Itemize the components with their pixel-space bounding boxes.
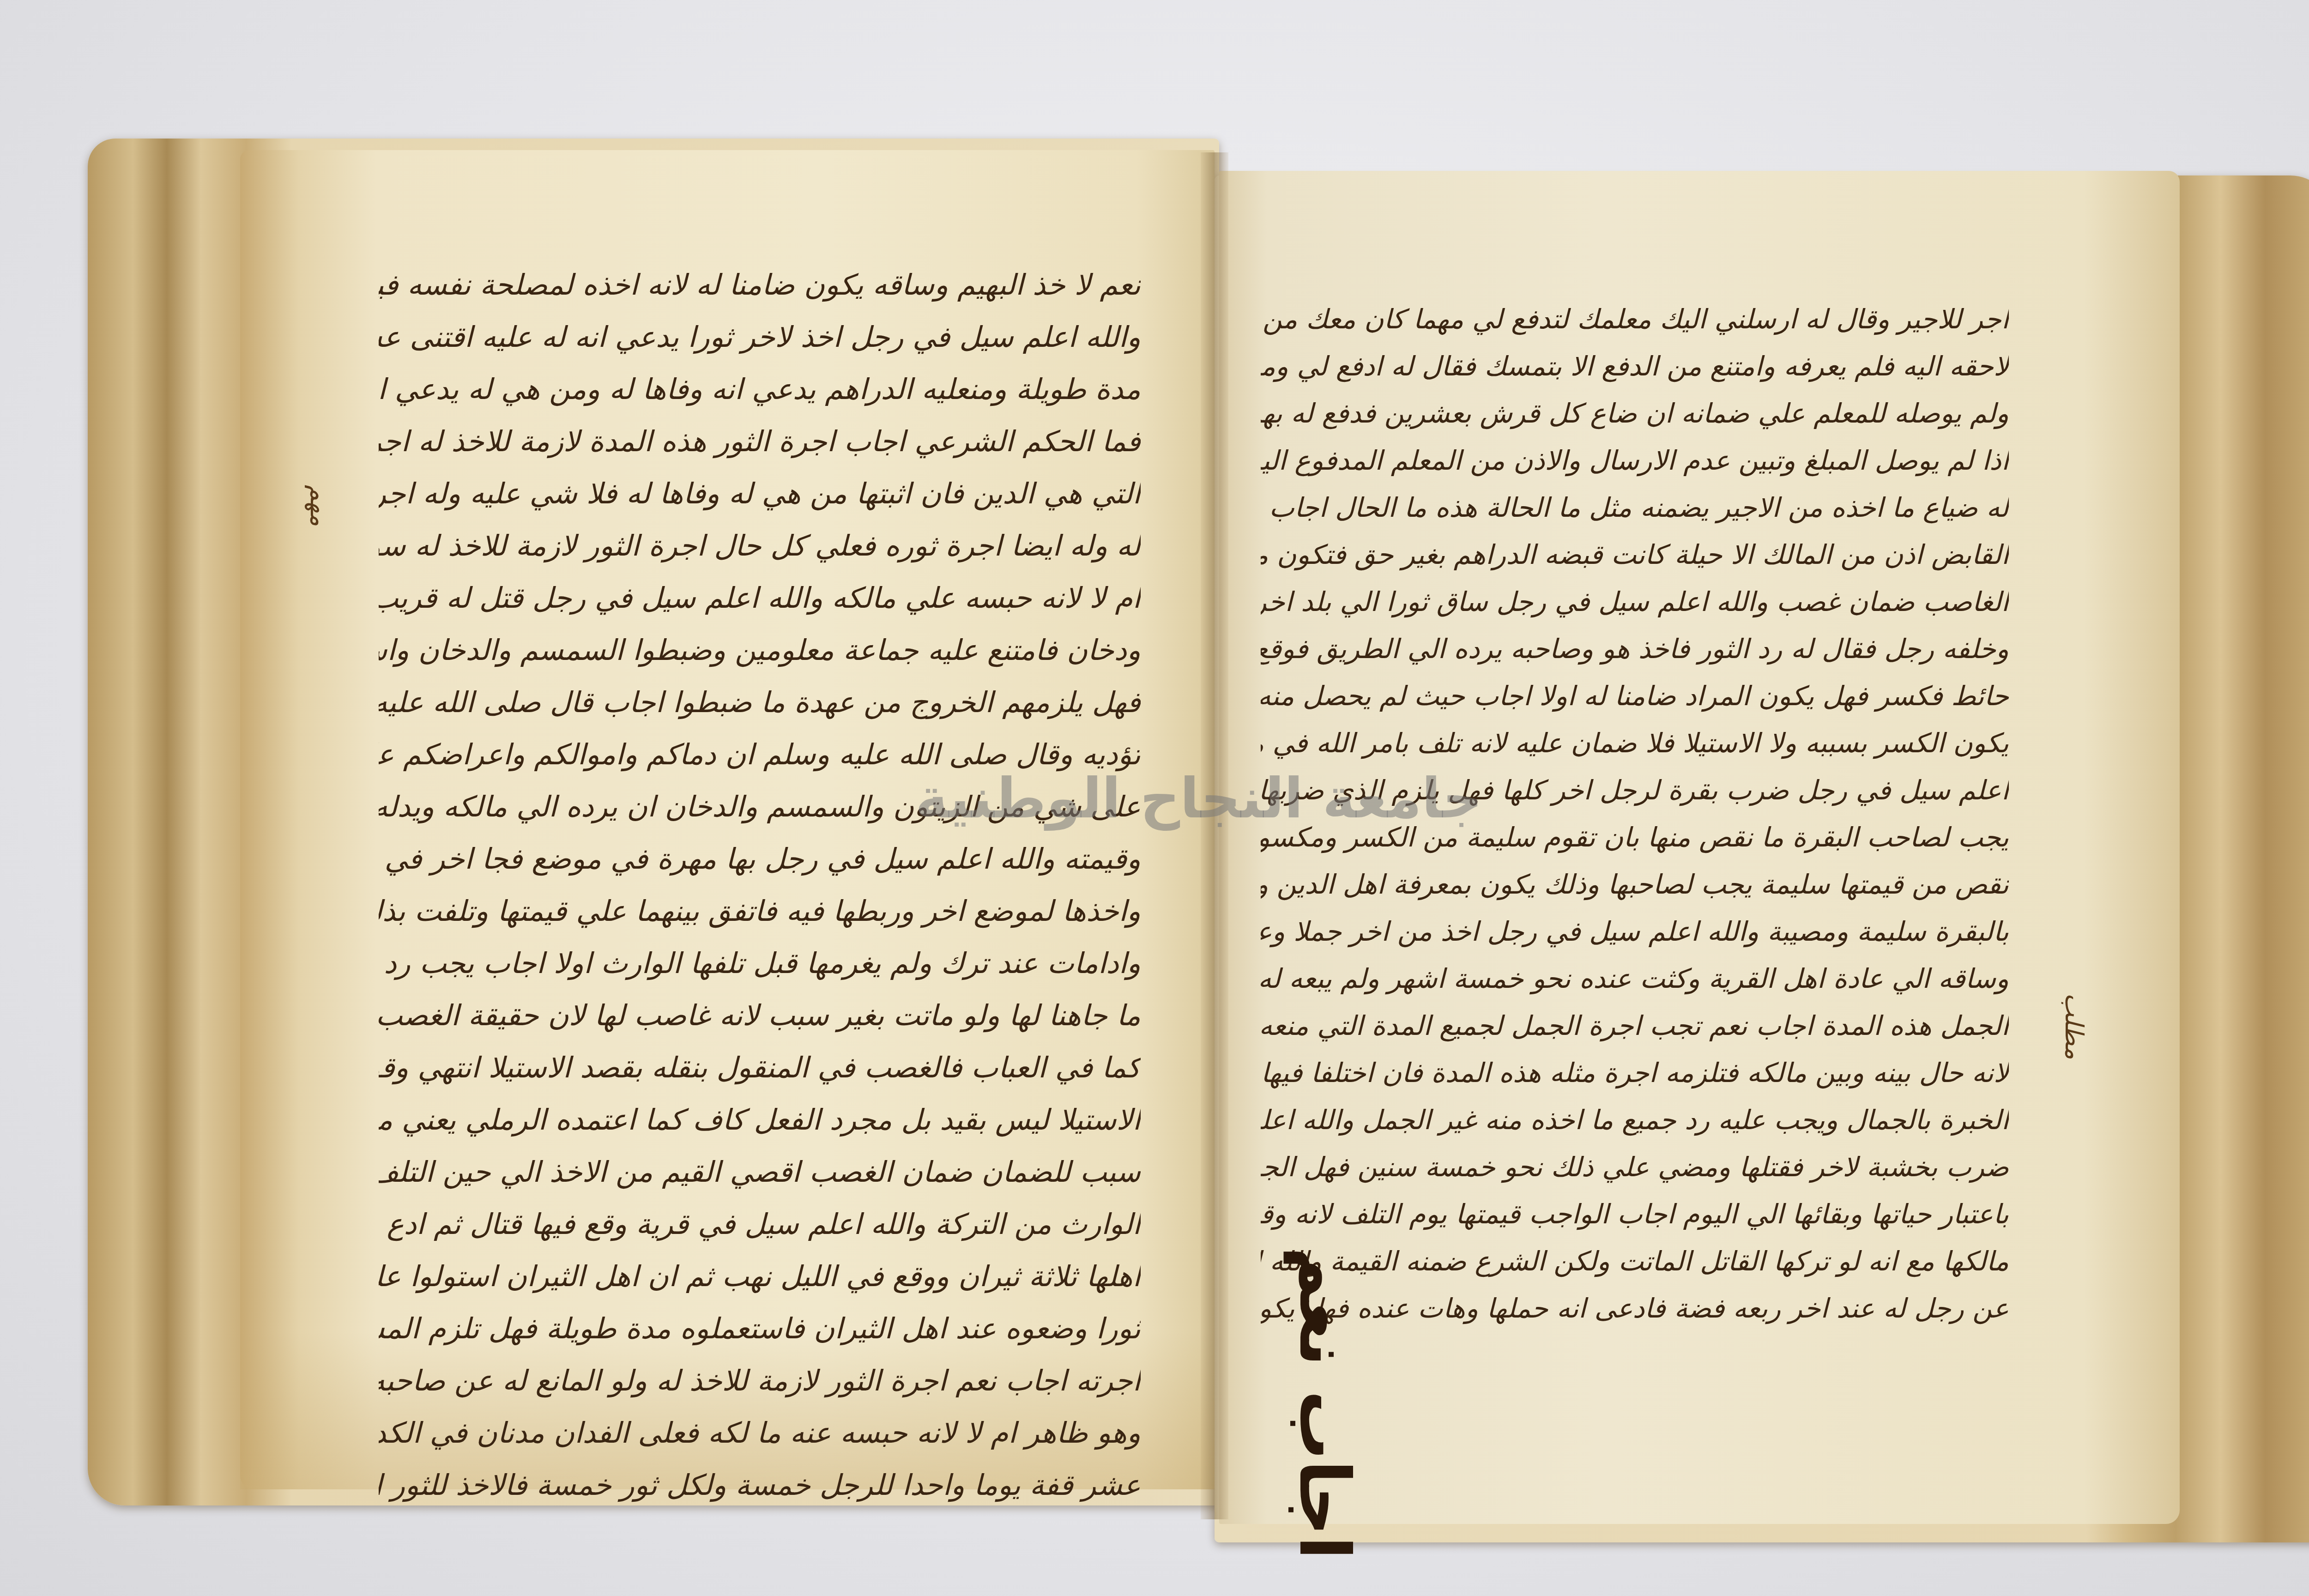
- text-line: الغاصب ضمان غصب والله اعلم سيل في رجل سا…: [1261, 578, 2009, 625]
- text-line: حائط فكسر فهل يكون المراد ضامنا له اولا …: [1261, 672, 2009, 719]
- text-line: عن رجل له عند اخر ربعه فضة فادعى انه حمل…: [1261, 1285, 2009, 1332]
- text-line: ما جاهنا لها ولو ماتت بغير سبب لانه غاصب…: [379, 989, 1141, 1041]
- text-line: اهلها ثلاثة ثيران ووقع في الليل نهب ثم ا…: [379, 1250, 1141, 1302]
- text-line: اجرته اجاب نعم اجرة الثور لازمة للاخذ له…: [379, 1354, 1141, 1407]
- text-line: وهو ظاهر ام لا لانه حبسه عنه ما لكه فعلى…: [379, 1407, 1141, 1459]
- text-line: له وله ايضا اجرة ثوره فعلي كل حال اجرة ا…: [379, 520, 1141, 572]
- text-line: فما الحكم الشرعي اجاب اجرة الثور هذه الم…: [379, 415, 1141, 467]
- text-line: الخبرة بالجمال ويجب عليه رد جميع ما اخذه…: [1261, 1096, 2009, 1143]
- text-line: باعتبار حياتها وبقائها الي اليوم اجاب ال…: [1261, 1191, 2009, 1238]
- text-line: كما في العباب فالغصب في المنقول بنقله بق…: [379, 1041, 1141, 1094]
- text-line: لاحقه اليه فلم يعرفه وامتنع من الدفع الا…: [1261, 343, 2009, 390]
- text-line: ام لا لانه حبسه علي مالكه والله اعلم سيل…: [379, 572, 1141, 624]
- text-line: الوارث من التركة والله اعلم سيل في قرية …: [379, 1198, 1141, 1250]
- right-margin-note: مطلب: [2060, 993, 2089, 1059]
- text-line: اذا لم يوصل المبلغ وتبين عدم الارسال وال…: [1261, 437, 2009, 484]
- text-line: لانه حال بينه وبين مالكه فتلزمه اجرة مثل…: [1261, 1049, 2009, 1096]
- text-line: وساقه الي عادة اهل القرية وكثت عنده نحو …: [1261, 955, 2009, 1002]
- text-line: سبب للضمان ضمان الغصب اقصي القيم من الاخ…: [379, 1146, 1141, 1198]
- text-line: نقص من قيمتها سليمة يجب لصاحبها وذلك يكو…: [1261, 861, 2009, 908]
- text-line: ثورا وضعوه عند اهل الثيران فاستعملوه مدة…: [379, 1302, 1141, 1354]
- text-line: واخذها لموضع اخر وربطها فيه فاتفق بينهما…: [379, 885, 1141, 937]
- text-line: نعم لا خذ البهيم وساقه يكون ضامنا له لان…: [379, 259, 1141, 311]
- text-line: الاستيلا ليس بقيد بل مجرد الفعل كاف كما …: [379, 1094, 1141, 1146]
- text-line: ضرب بخشبة لاخر فقتلها ومضي علي ذلك نحو خ…: [1261, 1143, 2009, 1191]
- text-line: وادامات عند ترك ولم يغرمها قبل تلفها الو…: [379, 937, 1141, 989]
- text-line: وخلفه رجل فقال له رد الثور فاخذ هو وصاحب…: [1261, 625, 2009, 672]
- left-page-text: نعم لا خذ البهيم وساقه يكون ضامنا له لان…: [379, 259, 1141, 1511]
- text-line: مالكها مع انه لو تركها القاتل الماتت ولك…: [1261, 1238, 2009, 1285]
- text-line: يكون الكسر بسببه ولا الاستيلا فلا ضمان ع…: [1261, 719, 2009, 767]
- text-line: فهل يلزمهم الخروج من عهدة ما ضبطوا اجاب …: [379, 676, 1141, 728]
- text-line: والله اعلم سيل في رجل اخذ لاخر ثورا يدعي…: [379, 311, 1141, 363]
- text-line: مدة طويلة ومنعليه الدراهم يدعي انه وفاها…: [379, 363, 1141, 415]
- text-line: وقيمته والله اعلم سيل في رجل بها مهرة في…: [379, 833, 1141, 885]
- university-watermark: جامعة النجاح الوطنية: [1048, 767, 1482, 831]
- left-margin-note: مهم: [305, 485, 334, 526]
- book-gutter: [1201, 152, 1228, 1519]
- text-line: الجمل هذه المدة اجاب نعم تجب اجرة الجمل …: [1261, 1002, 2009, 1049]
- text-line: التي هي الدين فان اثبتها من هي له وفاها …: [379, 467, 1141, 520]
- text-line: بالبقرة سليمة ومصيبة والله اعلم سيل في ر…: [1261, 908, 2009, 955]
- text-line: ودخان فامتنع عليه جماعة معلومين وضبطوا ا…: [379, 624, 1141, 676]
- text-line: القابض اذن من المالك الا حيلة كانت قبضه …: [1261, 531, 2009, 578]
- text-line: عشر قفة يوما واحدا للرجل خمسة ولكل ثور خ…: [379, 1459, 1141, 1511]
- question-answer-flourish: اجاب نعم: [1284, 1247, 1364, 1560]
- text-line: له ضياع ما اخذه من الاجير يضمنه مثل ما ا…: [1261, 484, 2009, 531]
- text-line: اجر للاجير وقال له ارسلني اليك معلمك لتد…: [1261, 296, 2009, 343]
- text-line: ولم يوصله للمعلم علي ضمانه ان ضاع كل قرش…: [1261, 390, 2009, 437]
